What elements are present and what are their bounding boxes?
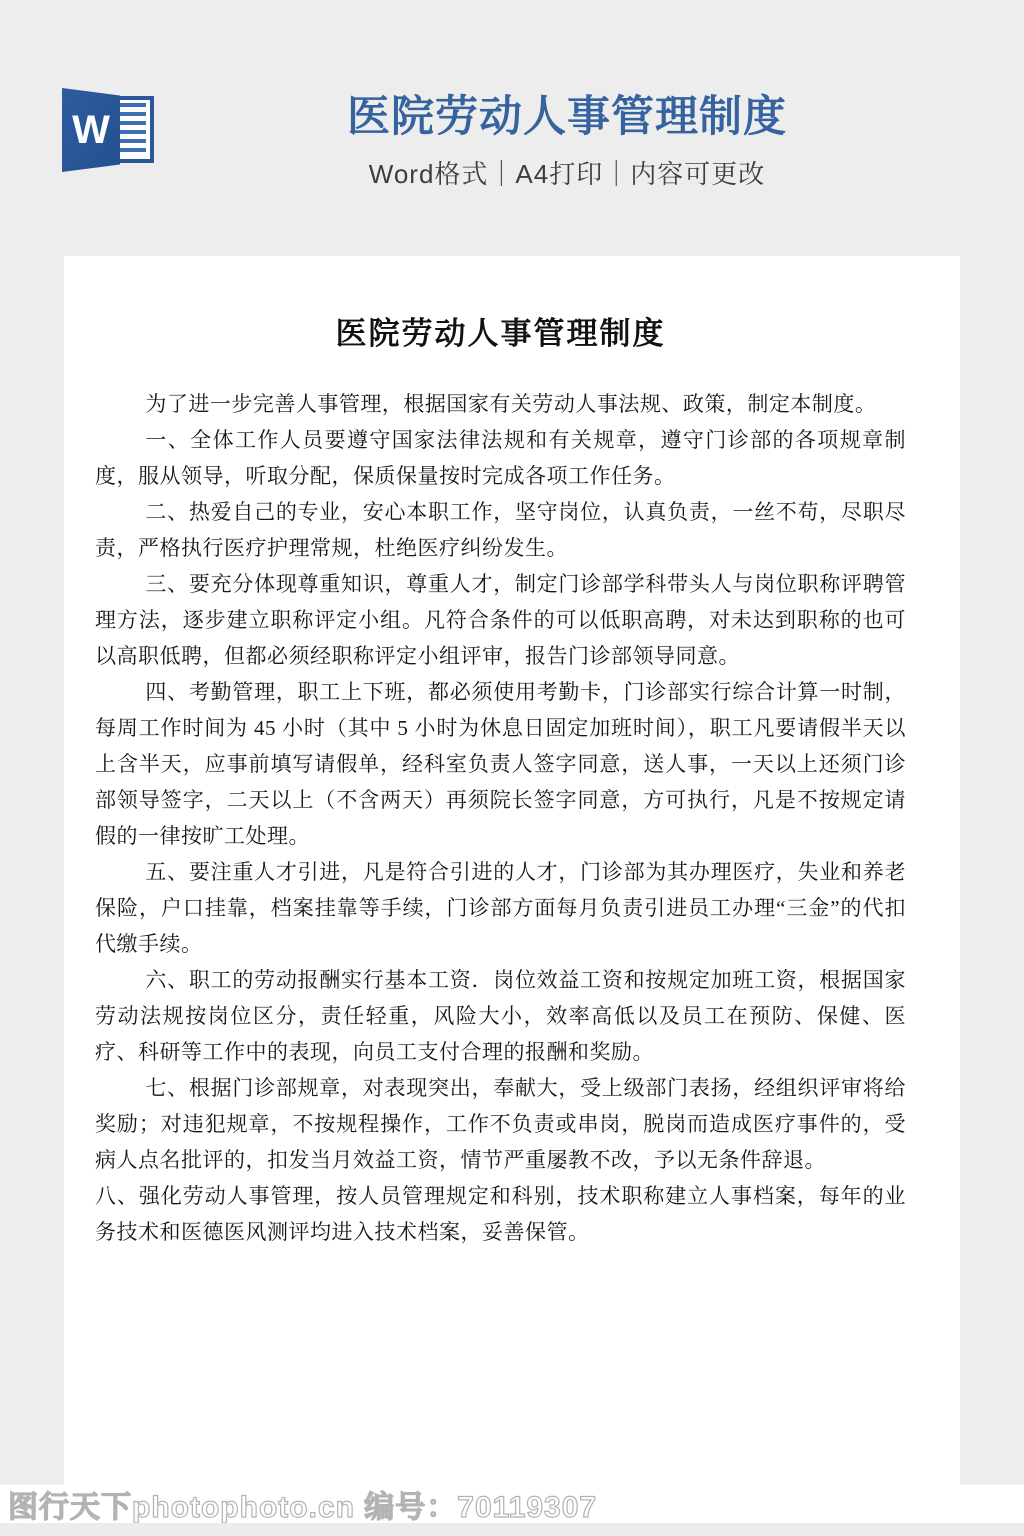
watermark-text: 图行天下photophoto.cn 编号：70119307 — [8, 1482, 597, 1526]
word-icon-cover: W — [62, 88, 120, 172]
document-page: 医院劳动人事管理制度 为了进一步完善人事管理，根据国家有关劳动人事法规、政策，制… — [64, 256, 960, 1523]
word-icon: W — [62, 88, 154, 172]
header-text: 医院劳动人事管理制度 Word格式｜A4打印｜内容可更改 — [150, 94, 984, 191]
paragraph: 一、全体工作人员要遵守国家法律法规和有关规章，遵守门诊部的各项规章制度，服从领导… — [95, 422, 906, 494]
paragraph: 五、要注重人才引进，凡是符合引进的人才，门诊部为其办理医疗，失业和养老保险，户口… — [95, 854, 906, 962]
paragraph: 为了进一步完善人事管理，根据国家有关劳动人事法规、政策，制定本制度。 — [95, 386, 906, 422]
document-body: 为了进一步完善人事管理，根据国家有关劳动人事法规、政策，制定本制度。一、全体工作… — [95, 386, 906, 1250]
paragraph: 四、考勤管理，职工上下班，都必须使用考勤卡，门诊部实行综合计算一时制，每周工作时… — [95, 674, 906, 854]
word-icon-letter: W — [72, 110, 110, 150]
header-subtitle: Word格式｜A4打印｜内容可更改 — [150, 154, 984, 191]
paragraph: 二、热爱自己的专业，安心本职工作，坚守岗位，认真负责，一丝不苟，尽职尽责，严格执… — [95, 494, 906, 566]
bottom-strip — [0, 1523, 1024, 1536]
paragraph: 三、要充分体现尊重知识，尊重人才，制定门诊部学科带头人与岗位职称评聘管理方法，逐… — [95, 566, 906, 674]
template-preview-canvas: W 医院劳动人事管理制度 Word格式｜A4打印｜内容可更改 医院劳动人事管理制… — [0, 0, 1024, 1536]
watermark-bar: 图行天下photophoto.cn 编号：70119307 — [0, 1485, 1024, 1523]
header-title: 医院劳动人事管理制度 — [150, 94, 984, 141]
paragraph: 七、根据门诊部规章，对表现突出，奉献大，受上级部门表扬，经组织评审将给奖励；对违… — [95, 1070, 906, 1178]
document-title: 医院劳动人事管理制度 — [95, 308, 906, 353]
paragraph: 六、职工的劳动报酬实行基本工资．岗位效益工资和按规定加班工资，根据国家劳动法规按… — [95, 962, 906, 1070]
header: W 医院劳动人事管理制度 Word格式｜A4打印｜内容可更改 — [0, 0, 1024, 256]
paragraph: 八、强化劳动人事管理，按人员管理规定和科别，技术职称建立人事档案，每年的业务技术… — [95, 1178, 906, 1250]
